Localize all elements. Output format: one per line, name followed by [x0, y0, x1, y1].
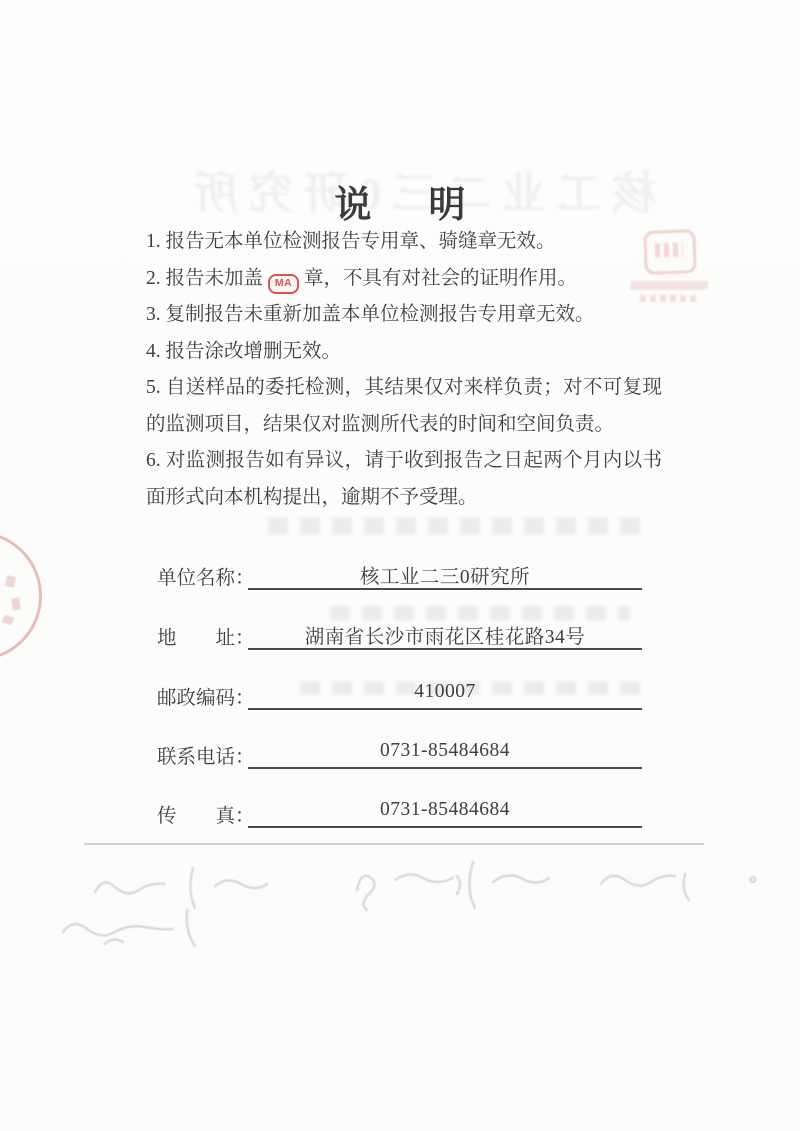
- page-title: 说 明: [0, 174, 800, 228]
- field-label: 联系电话：: [157, 741, 255, 769]
- field-row-address: 地 址： 湖南省长沙市雨花区桂花路34号: [0, 622, 800, 654]
- field-underline: 0731-85484684: [248, 799, 642, 828]
- note-item-5: 5. 自送样品的委托检测，其结果仅对来样负责；对不可复现的监测项目，结果仅对监测…: [146, 370, 662, 443]
- note-item-2-post: 章，不具有对社会的证明作用。: [304, 268, 577, 289]
- field-row-postcode: 邮政编码： 410007: [0, 682, 800, 714]
- field-value: 410007: [414, 681, 476, 702]
- note-item-6: 6. 对监测报告如有异议，请于收到报告之日起两个月内以书面形式向本机构提出，逾期…: [146, 443, 662, 516]
- red-seal-smudge: [11, 598, 21, 611]
- field-underline: 0731-85484684: [248, 740, 642, 769]
- notes-block: 1. 报告无本单位检测报告专用章、骑缝章无效。 2. 报告未加盖MA章，不具有对…: [146, 224, 662, 516]
- field-underline: 湖南省长沙市雨花区桂花路34号: [248, 621, 642, 650]
- note-item-4: 4. 报告涂改增删无效。: [146, 334, 662, 371]
- field-underline: 核工业二三0研究所: [248, 561, 642, 590]
- field-row-fax: 传 真： 0731-85484684: [0, 800, 800, 832]
- field-row-unit-name: 单位名称： 核工业二三0研究所: [0, 562, 800, 594]
- field-underline: 410007: [248, 681, 642, 710]
- field-label: 邮政编码：: [157, 682, 255, 710]
- ghost-text-bar: [268, 517, 640, 535]
- field-label: 传 真：: [157, 800, 255, 828]
- field-value: 0731-85484684: [380, 740, 510, 761]
- field-value: 核工业二三0研究所: [360, 567, 530, 588]
- ghost-text-bar: [330, 606, 630, 621]
- scanned-report-notice-page: 核工业二三0研究所 说 明 1. 报告无本单: [0, 0, 800, 1131]
- field-label: 地 址：: [157, 622, 255, 650]
- ghost-signature-scribbles: [45, 852, 765, 962]
- note-item-2: 2. 报告未加盖MA章，不具有对社会的证明作用。: [146, 261, 662, 298]
- cma-mark-icon: MA: [268, 274, 299, 294]
- field-value: 湖南省长沙市雨花区桂花路34号: [305, 627, 586, 648]
- ghost-table-rule-bleed: [84, 843, 704, 845]
- note-item-2-pre: 2. 报告未加盖: [146, 268, 263, 289]
- field-label: 单位名称：: [157, 562, 255, 590]
- field-value: 0731-85484684: [380, 799, 510, 820]
- note-item-3: 3. 复制报告未重新加盖本单位检测报告专用章无效。: [146, 297, 662, 334]
- note-item-1: 1. 报告无本单位检测报告专用章、骑缝章无效。: [146, 224, 662, 261]
- field-row-phone: 联系电话： 0731-85484684: [0, 741, 800, 773]
